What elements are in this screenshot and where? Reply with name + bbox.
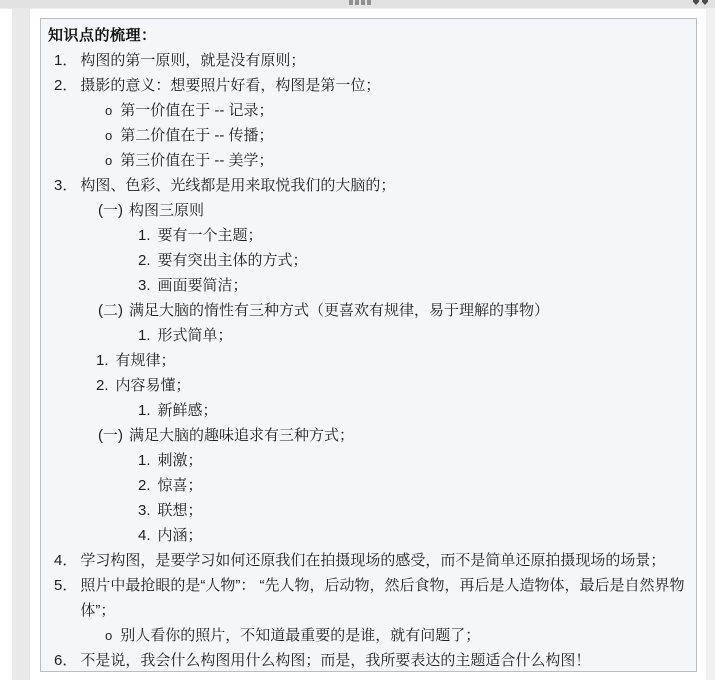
outline-item-text: 满足大脑的惰性有三种方式（更喜欢有规律，易于理解的事物）	[129, 298, 690, 323]
outline-item-text: 构图、色彩、光线都是用来取悦我们的大脑的；	[80, 173, 690, 198]
drag-dot	[367, 0, 371, 5]
list-marker: 1.	[138, 223, 151, 248]
list-marker: (一)	[98, 198, 123, 223]
outline-item-text: 惊喜；	[158, 473, 690, 498]
outline-item: 4.内涵；	[41, 523, 690, 548]
outline-item: 1.刺激；	[41, 448, 690, 473]
list-marker: 5．	[54, 573, 77, 598]
outline-item-text: 形式简单；	[158, 323, 690, 348]
outline-item: 1.新鲜感；	[41, 398, 690, 423]
list-marker: 1.	[138, 448, 151, 473]
outline-item-text: 别人看你的照片，不知道最重要的是谁，就有问题了；	[120, 623, 690, 648]
outline-item: 2.惊喜；	[41, 473, 690, 498]
outline-item: (二)满足大脑的惰性有三种方式（更喜欢有规律，易于理解的事物）	[41, 298, 690, 323]
outline-item: 3．构图、色彩、光线都是用来取悦我们的大脑的；	[41, 173, 690, 198]
left-gutter	[12, 8, 30, 680]
outline-list: 1．构图的第一原则，就是没有原则；2．摄影的意义：想要照片好看，构图是第一位；o…	[41, 48, 690, 673]
list-marker: 4．	[54, 548, 77, 573]
list-marker: 1.	[138, 398, 151, 423]
outline-item: o第二价值在于 -- 传播；	[41, 123, 690, 148]
outline-item: 4．学习构图，是要学习如何还原我们在拍摄现场的感受，而不是简单还原拍摄现场的场景…	[41, 548, 690, 573]
list-marker: (二)	[98, 298, 123, 323]
list-marker: 1．	[54, 48, 77, 73]
drag-dot	[361, 0, 365, 5]
outline-item-text: 刺激；	[158, 448, 690, 473]
outline-item-text: 有规律；	[116, 348, 690, 373]
outline-item-text: 构图三原则	[129, 198, 690, 223]
outline-item: 1.要有一个主题；	[41, 223, 690, 248]
outline-item-text: 要有突出主体的方式；	[158, 248, 690, 273]
list-marker: o	[105, 148, 112, 173]
outline-item-text: 新鲜感；	[158, 398, 690, 423]
outline-item-text: 照片中最抢眼的是“人物”： “先人物，后动物，然后食物，再后是人造物体，最后是自…	[80, 573, 690, 623]
outline-item-text: 学习构图，是要学习如何还原我们在拍摄现场的感受，而不是简单还原拍摄现场的场景；	[80, 548, 690, 573]
outline-item-text: 联想；	[158, 498, 690, 523]
outline-item-text: 第三价值在于 -- 美学；	[120, 148, 690, 173]
outline-item-text: 内涵；	[158, 523, 690, 548]
drag-handle-icon[interactable]	[349, 0, 371, 6]
list-marker: 3.	[138, 498, 151, 523]
right-gutter	[706, 8, 715, 680]
outline-item: o别人看你的照片，不知道最重要的是谁，就有问题了；	[41, 623, 690, 648]
outline-item: 3.联想；	[41, 498, 690, 523]
outline-item: (一)满足大脑的趣味追求有三种方式；	[41, 423, 690, 448]
list-marker: (一)	[98, 423, 123, 448]
drag-dot	[349, 0, 353, 5]
outline-item-text: 摄影的意义：想要照片好看，构图是第一位；	[80, 73, 690, 98]
top-bar	[0, 0, 715, 9]
corner-arrow-icon	[693, 0, 699, 5]
outline-item: 6．不是说，我会什么构图用什么构图；而是，我所要表达的主题适合什么构图！	[41, 648, 690, 673]
note-container: 知识点的梳理： 1．构图的第一原则，就是没有原则；2．摄影的意义：想要照片好看，…	[40, 18, 697, 672]
corner-arrow-icon	[702, 0, 708, 5]
outline-item-text: 第二价值在于 -- 传播；	[120, 123, 690, 148]
outline-item-text: 画面要简洁；	[158, 273, 690, 298]
list-marker: 3.	[138, 273, 151, 298]
outline-item-text: 内容易懂；	[116, 373, 690, 398]
outline-item-text: 要有一个主题；	[158, 223, 690, 248]
outline-item: 5．照片中最抢眼的是“人物”： “先人物，后动物，然后食物，再后是人造物体，最后…	[41, 573, 690, 623]
outline-item: 3.画面要简洁；	[41, 273, 690, 298]
scroll-corner-arrows-icon[interactable]	[693, 0, 708, 6]
list-marker: 2.	[138, 248, 151, 273]
outline-item: (一)构图三原则	[41, 198, 690, 223]
outline-item: 2.内容易懂；	[41, 373, 690, 398]
outline-item-text: 构图的第一原则，就是没有原则；	[80, 48, 690, 73]
outline-item: o第三价值在于 -- 美学；	[41, 148, 690, 173]
page-title: 知识点的梳理：	[41, 23, 690, 48]
outline-item-text: 不是说，我会什么构图用什么构图；而是，我所要表达的主题适合什么构图！	[80, 648, 690, 673]
outline-item: 2．摄影的意义：想要照片好看，构图是第一位；	[41, 73, 690, 98]
drag-dot	[355, 0, 359, 5]
list-marker: o	[105, 98, 112, 123]
list-marker: 1.	[138, 323, 151, 348]
list-marker: 4.	[138, 523, 151, 548]
list-marker: 1.	[96, 348, 109, 373]
outline-item-text: 满足大脑的趣味追求有三种方式；	[129, 423, 690, 448]
outline-item: 1.有规律；	[41, 348, 690, 373]
list-marker: o	[105, 123, 112, 148]
outline-item-text: 第一价值在于 -- 记录；	[120, 98, 690, 123]
outline-item: o第一价值在于 -- 记录；	[41, 98, 690, 123]
list-marker: o	[105, 623, 112, 648]
outline-item: 1．构图的第一原则，就是没有原则；	[41, 48, 690, 73]
list-marker: 3．	[54, 173, 77, 198]
list-marker: 2．	[54, 73, 77, 98]
list-marker: 6．	[54, 648, 77, 673]
list-marker: 2.	[138, 473, 151, 498]
outline-item: 1.形式简单；	[41, 323, 690, 348]
list-marker: 2.	[96, 373, 109, 398]
outline-item: 2.要有突出主体的方式；	[41, 248, 690, 273]
